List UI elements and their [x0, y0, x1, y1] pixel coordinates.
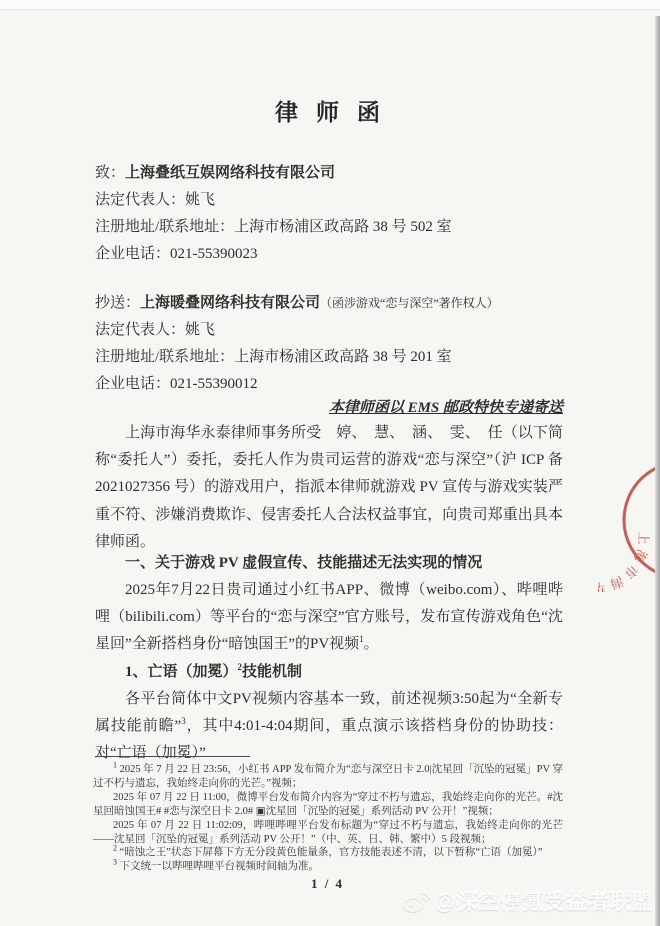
- delivery-note: 本律师函以 EMS 邮政特快专递寄送: [95, 395, 563, 422]
- recipient-line: 致：上海叠纸互娱网络科技有限公司: [95, 160, 565, 187]
- paragraph1-text: 2025年7月22日贵司通过小红书APP、微博（weibo.com）、哔哩哔哩（…: [95, 582, 563, 652]
- footnote-2-text: “暗蚀之王”状态下屏幕下方无分段黄色能量条，官方技能表述不清，以下暂称“亡语（加…: [117, 847, 543, 858]
- recipient-company: 上海叠纸互娱网络科技有限公司: [125, 165, 335, 181]
- law-firm-seal: 上海市海华永泰律师事务所: [598, 442, 660, 592]
- footnote-3: 3 下文统一以哔哩哔哩平台视频时间轴为准。: [93, 860, 563, 874]
- watermark: @深空停氪受益者联盟: [402, 886, 654, 916]
- footnote-1: 1 2025 年 7 月 22 日 23:56，小红书 APP 发布简介为“恋与…: [93, 763, 563, 791]
- footnotes: 1 2025 年 7 月 22 日 23:56，小红书 APP 发布简介为“恋与…: [93, 763, 563, 874]
- photo-top-edge: [0, 0, 660, 10]
- footnote-3-text: 下文统一以哔哩哔哩平台视频时间轴为准。: [117, 861, 319, 872]
- weibo-icon: [402, 889, 430, 913]
- seal-text: 上海市海华永泰律师事务所: [598, 488, 651, 592]
- watermark-handle: @深空停氪受益者联盟: [435, 886, 654, 916]
- cc-block: 抄送：上海暖叠网络科技有限公司（函涉游戏“恋与深空”著作权人） 法定代表人：姚飞…: [95, 290, 565, 398]
- subheading-post: 技能机制: [242, 664, 302, 680]
- recipient-address: 注册地址/联系地址：上海市杨浦区政高路 38 号 502 室: [95, 214, 565, 241]
- to-label: 致：: [95, 165, 125, 181]
- footnote-1b-text: 2025 年 07 月 22 日 11:00，微博平台发布简介内容为“穿过不朽与…: [93, 792, 563, 817]
- cc-company: 上海暖叠网络科技有限公司: [140, 295, 320, 311]
- cc-company-note: （函涉游戏“恋与深空”著作权人）: [320, 296, 499, 310]
- section1-heading: 一、关于游戏 PV 虚假宣传、技能描述无法实现的情况: [95, 550, 563, 577]
- subheading-pre: 1、亡语（加冕）: [125, 664, 238, 680]
- cc-phone: 企业电话：021-55390012: [95, 371, 565, 398]
- svg-text:上海市海华永泰律师事务所: 上海市海华永泰律师事务所: [598, 488, 651, 592]
- intro-paragraph: 上海市海华永泰律师事务所受 婷、 慧、 涵、 雯、 任（以下简称“委托人”）委托…: [95, 420, 563, 556]
- recipient-legal-rep: 法定代表人：姚飞: [95, 187, 565, 214]
- footnote-1c: 2025 年 07 月 22 日 11:02:09，哔哩哔哩平台发布标题为“穿过…: [93, 819, 563, 847]
- footnote-separator: [95, 756, 250, 757]
- footnote-1b: 2025 年 07 月 22 日 11:00，微博平台发布简介内容为“穿过不朽与…: [93, 791, 563, 819]
- recipient-phone: 企业电话：021-55390023: [95, 241, 565, 268]
- letter-title: 律师函: [0, 94, 655, 127]
- footnote-1-text: 2025 年 7 月 22 日 23:56，小红书 APP 发布简介为“恋与深空…: [93, 764, 563, 789]
- cc-legal-rep: 法定代表人：姚飞: [95, 317, 565, 344]
- footnote-1c-text: 2025 年 07 月 22 日 11:02:09，哔哩哔哩平台发布标题为“穿过…: [93, 820, 563, 845]
- photo-right-edge: [655, 16, 660, 926]
- paragraph1-tail: 。: [364, 636, 379, 652]
- cc-line: 抄送：上海暖叠网络科技有限公司（函涉游戏“恋与深空”著作权人）: [95, 290, 565, 317]
- subsection1-heading: 1、亡语（加冕）2技能机制: [95, 659, 563, 686]
- letter-page: 律师函 致：上海叠纸互娱网络科技有限公司 法定代表人：姚飞 注册地址/联系地址：…: [0, 0, 660, 926]
- cc-label: 抄送：: [95, 295, 140, 311]
- footnote-2: 2 “暗蚀之王”状态下屏幕下方无分段黄色能量条，官方技能表述不清，以下暂称“亡语…: [93, 846, 563, 860]
- section1-paragraph1: 2025年7月22日贵司通过小红书APP、微博（weibo.com）、哔哩哔哩（…: [95, 577, 563, 659]
- recipient-block: 致：上海叠纸互娱网络科技有限公司 法定代表人：姚飞 注册地址/联系地址：上海市杨…: [95, 160, 565, 268]
- cc-address: 注册地址/联系地址：上海市杨浦区政高路 38 号 201 室: [95, 344, 565, 371]
